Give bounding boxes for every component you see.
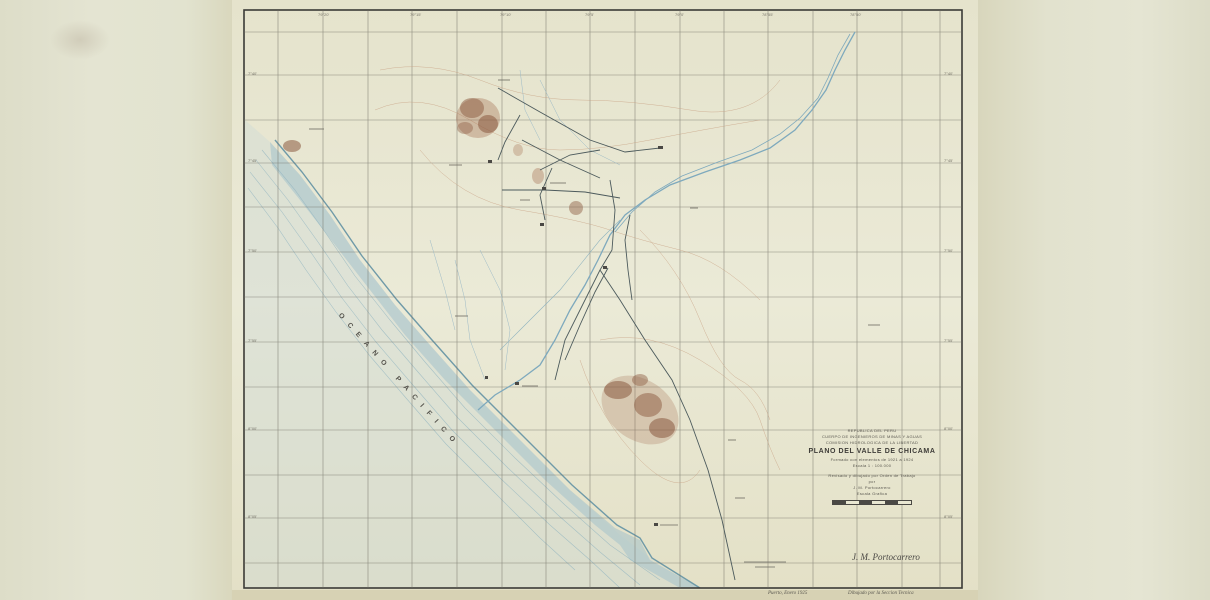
credit-note: Dibujado por la Seccion Tecnica	[848, 591, 914, 596]
map-canvas[interactable]	[0, 0, 1210, 600]
town-marker	[540, 223, 544, 226]
coord-left: 8°05'	[248, 514, 257, 519]
town-marker	[485, 376, 488, 379]
scale-bar	[832, 500, 912, 505]
date-note: Puerto, Enero 1925	[768, 591, 807, 596]
coord-right: 7°50'	[944, 248, 953, 253]
coord-left: 7°45'	[248, 158, 257, 163]
coord-top: 79°20'	[318, 12, 329, 17]
header-line: COMISION HIDROLOGICA DE LA LIBERTAD	[792, 440, 952, 446]
coord-right: 7°45'	[944, 158, 953, 163]
town-marker	[488, 160, 492, 163]
coord-top: 78°50'	[850, 12, 861, 17]
coord-top: 79°5'	[585, 12, 594, 17]
mountain-cerro-north[interactable]	[456, 98, 500, 138]
coord-right: 7°40'	[944, 71, 953, 76]
coord-top: 79°15'	[410, 12, 421, 17]
coord-left: 7°50'	[248, 248, 257, 253]
map-title-block: REPUBLICA DEL PERU CUERPO DE INGENIEROS …	[792, 428, 952, 505]
chicama-river[interactable]	[478, 32, 855, 410]
coord-left: 7°40'	[248, 71, 257, 76]
coord-top: 79°0'	[675, 12, 684, 17]
coord-left: 7°55'	[248, 338, 257, 343]
town-marker	[658, 146, 663, 149]
coord-top: 79°10'	[500, 12, 511, 17]
town-marker	[515, 382, 519, 385]
town-marker	[603, 266, 607, 269]
scale-label: Escala Grafica	[792, 491, 952, 497]
subtitle-line: Escala 1 : 100.000	[792, 463, 952, 469]
town-marker	[654, 523, 658, 526]
signature: J. M. Portocarrero	[852, 552, 920, 562]
coord-right: 8°05'	[944, 514, 953, 519]
mountain-cerro-south[interactable]	[588, 361, 691, 458]
town-marker	[542, 187, 546, 190]
map-title: PLANO DEL VALLE DE CHICAMA	[792, 448, 952, 455]
coord-left: 8°00'	[248, 426, 257, 431]
coord-right: 7°55'	[944, 338, 953, 343]
coord-top: 78°55'	[762, 12, 773, 17]
mountain-small	[283, 140, 583, 215]
